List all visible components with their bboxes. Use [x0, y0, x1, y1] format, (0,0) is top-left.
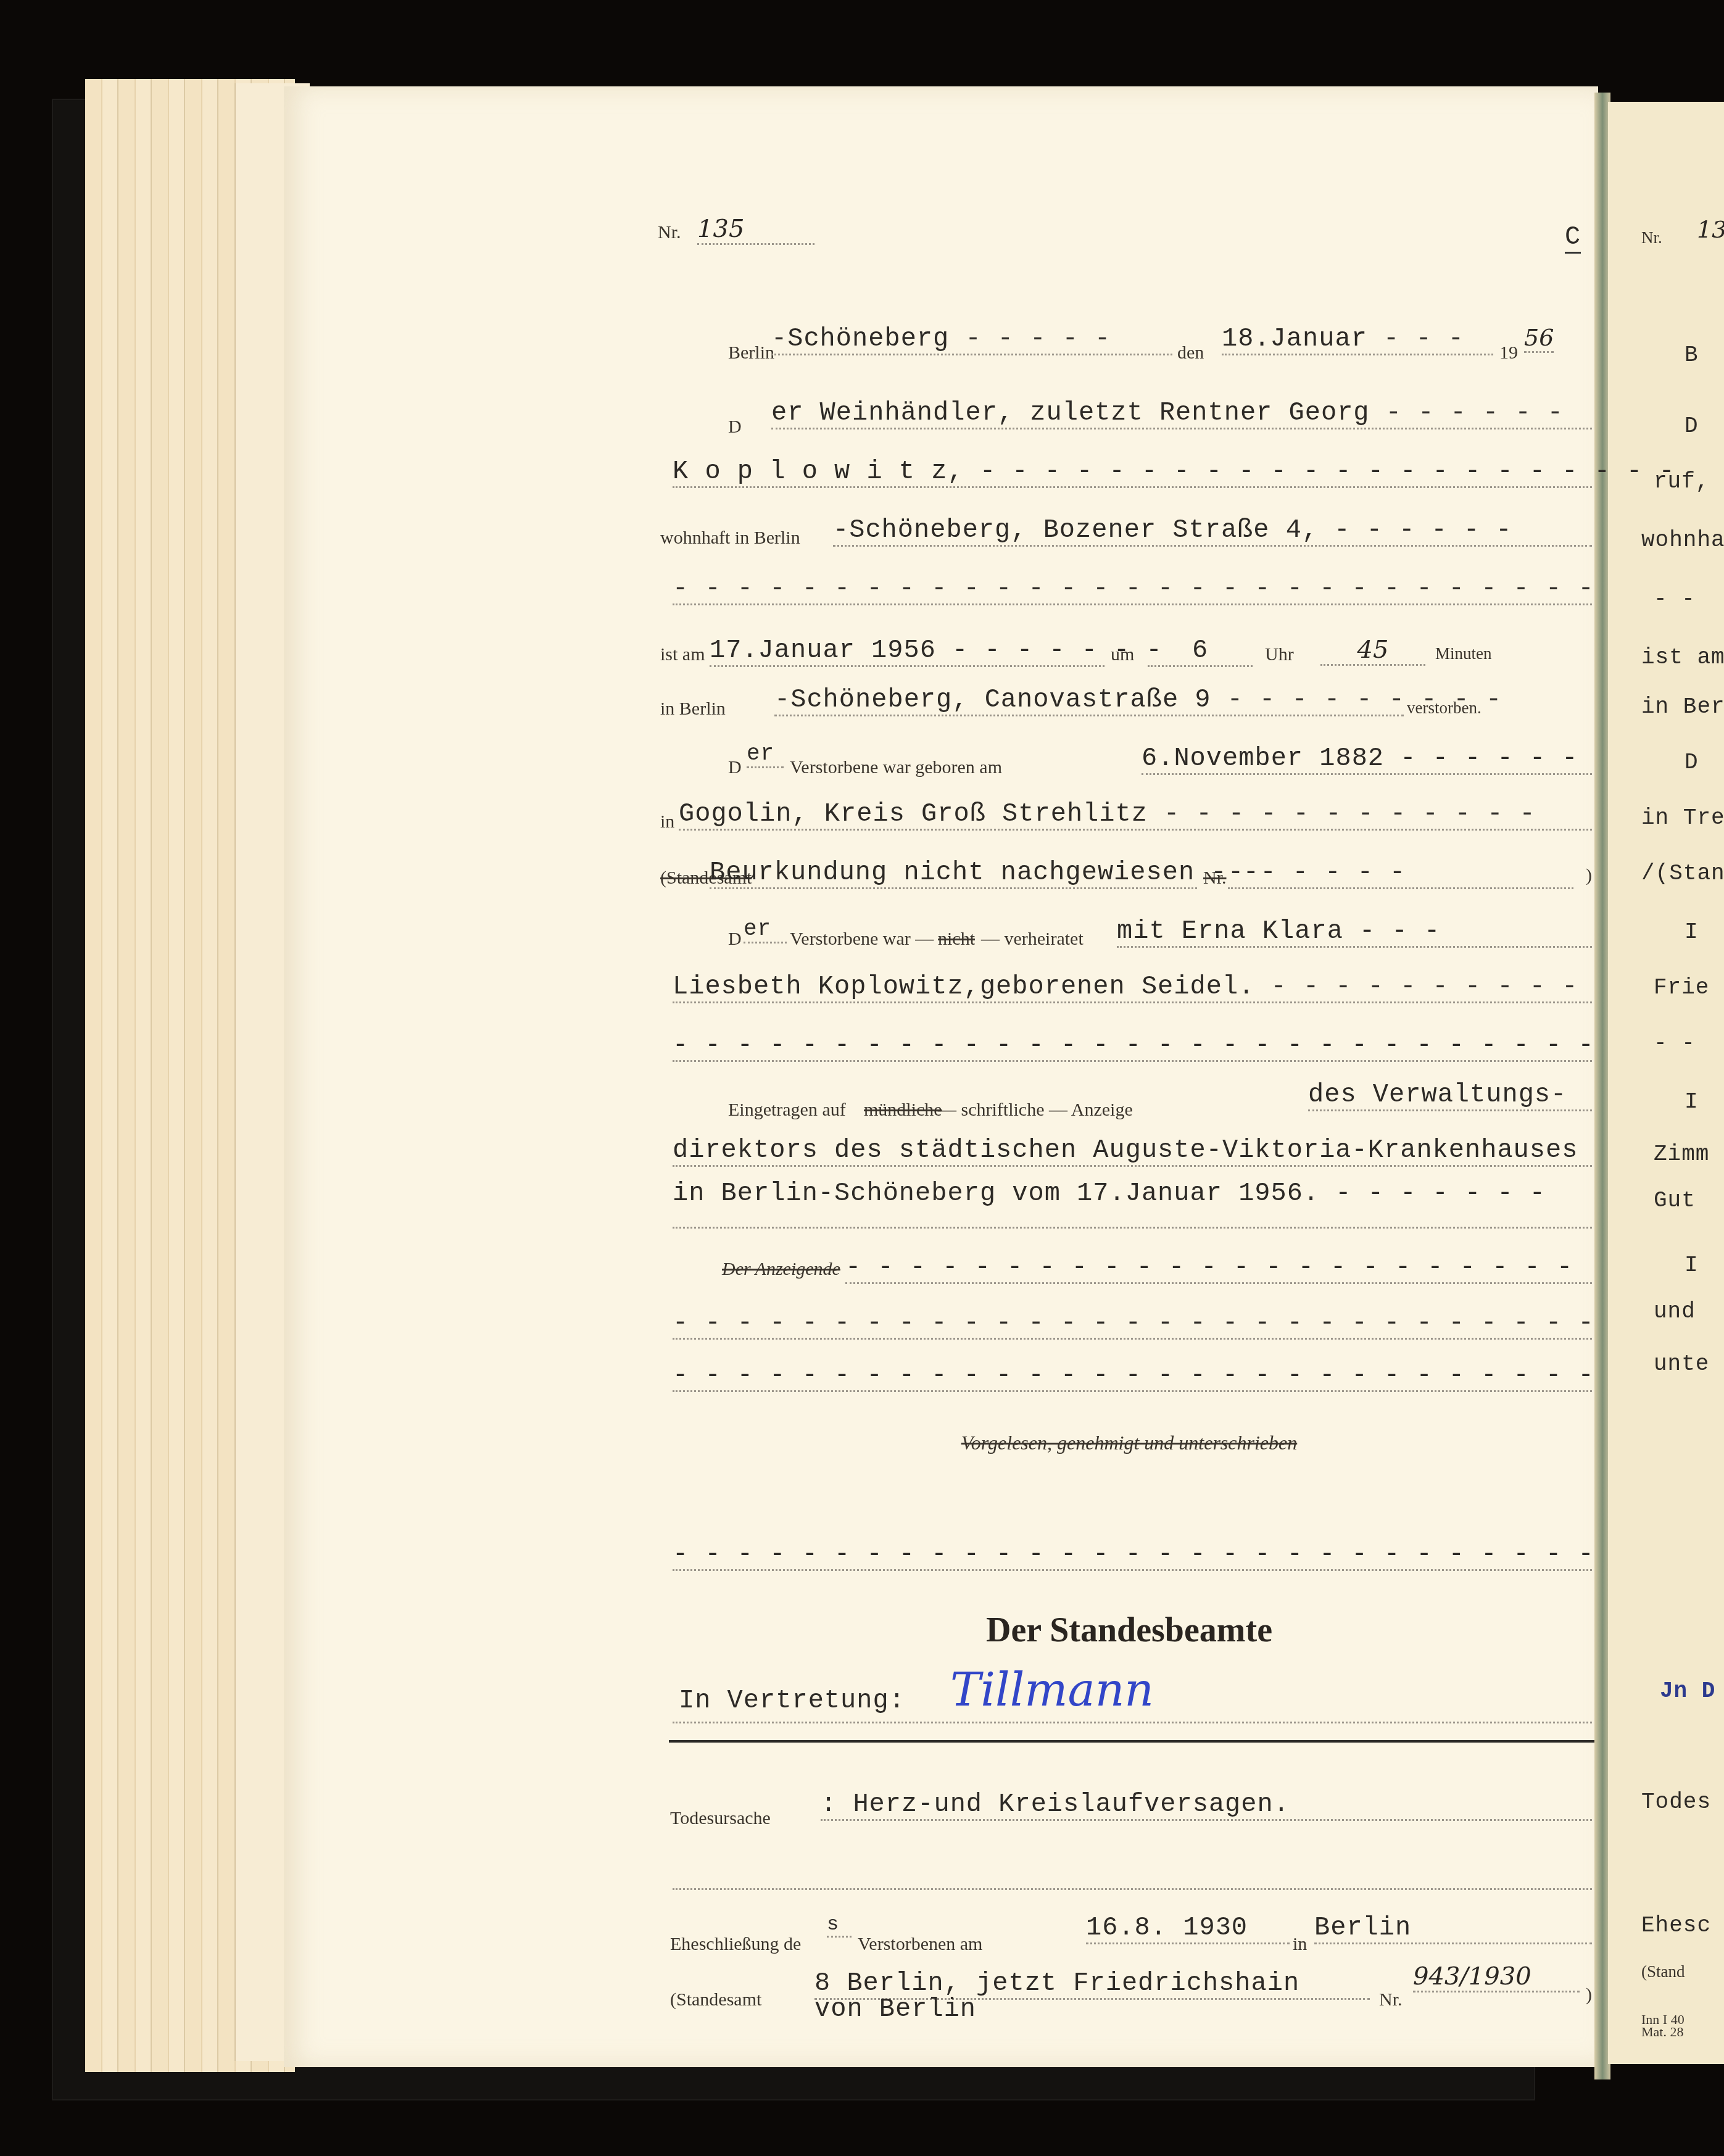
birth-registry: Beurkundung nicht nachgewiesen - - — [710, 858, 1197, 889]
entry-number-label: Nr. — [658, 222, 681, 243]
entry-number: 135 — [697, 215, 814, 245]
spouse-name: mit Erna Klara - - - — [1117, 916, 1592, 948]
facing-nr-label: Nr. — [1641, 228, 1662, 247]
facing-line: Mat. 28 — [1641, 2024, 1683, 2040]
year-suffix: 56 — [1524, 324, 1554, 353]
section-divider — [669, 1740, 1594, 1743]
facing-line: /(Stande — [1641, 861, 1724, 886]
registrar-title: Der Standesbeamte — [986, 1611, 1272, 1649]
minute-unit: Minuten — [1435, 644, 1492, 663]
registered-cont-1: direktors des städtischen Auguste-Viktor… — [673, 1135, 1592, 1167]
facing-line: Jn D — [1660, 1678, 1715, 1704]
blank-line-1: - - - - - - - - - - - - - - - - - - - - … — [673, 1030, 1592, 1062]
marriage-reg-date: 16.8. 1930 — [1086, 1913, 1290, 1944]
deputy-label: In Vertretung: — [679, 1686, 905, 1715]
facing-line: wohnhaf — [1641, 528, 1724, 553]
marriage-label-2: — verheiratet — [981, 929, 1084, 950]
birth-article: er — [747, 741, 784, 768]
registered-label: Eingetragen auf — [728, 1100, 846, 1121]
facing-line: I — [1685, 1089, 1699, 1114]
marriage-nr-label: Nr. — [1379, 1989, 1403, 2010]
birth-prefix: D — [728, 757, 742, 778]
marriage-reg-in: in — [1293, 1934, 1307, 1955]
birthplace: Gogolin, Kreis Groß Strehlitz - - - - - … — [679, 799, 1592, 831]
marriage-nr-value: 943/1930 — [1413, 1962, 1580, 1992]
marriage-reg-label-2: Verstorbenen am — [858, 1934, 982, 1955]
facing-line: D — [1685, 750, 1699, 775]
facing-line: und — [1654, 1299, 1696, 1324]
facing-nr-value: 13 — [1697, 216, 1724, 243]
corner-mark: C — [1565, 222, 1581, 254]
birth-label: Verstorbene war geboren am — [790, 757, 1002, 778]
registered-label-2: — schriftliche — Anzeige — [938, 1100, 1133, 1121]
year-prefix: 19 — [1499, 342, 1518, 363]
marriage-office-label: (Standesamt — [670, 1989, 761, 2010]
registered-value: des Verwaltungs- — [1308, 1080, 1592, 1111]
date-label: den — [1177, 342, 1204, 363]
birthplace-label: in — [660, 811, 674, 832]
birth-registry-nr-label: Nr. — [1203, 868, 1227, 889]
death-place: -Schöneberg, Canovastraße 9 - - - - - - … — [774, 685, 1404, 716]
birth-date: 6.November 1882 - - - - - - — [1142, 744, 1592, 775]
facing-line: D — [1685, 413, 1699, 439]
death-place-label: in Berlin — [660, 699, 726, 719]
facing-line: - - — [1654, 586, 1696, 612]
marriage-prefix: D — [728, 929, 742, 950]
facing-line: - - — [1654, 1030, 1696, 1056]
birth-registry-nr: - - - - - - — [1228, 858, 1573, 889]
blank-line-2: - - - - - - - - - - - - - - - - - - - - … — [673, 1308, 1592, 1340]
facing-line: B — [1685, 342, 1699, 368]
death-place-suffix: verstorben. — [1407, 699, 1482, 718]
cause-label: Todesursache — [670, 1808, 771, 1829]
marriage-struck-word: nicht — [938, 929, 975, 950]
hour-value: 6 — [1148, 636, 1253, 667]
hour-unit: Uhr — [1265, 644, 1294, 665]
facing-line: (Stand — [1641, 1962, 1685, 1981]
facing-line: Gut — [1654, 1188, 1696, 1213]
blank-line-4: - - - - - - - - - - - - - - - - - - - - … — [673, 1540, 1592, 1571]
closing-paren: ) — [1586, 865, 1592, 886]
minute-value: 45 — [1320, 636, 1425, 666]
facing-line: unte — [1654, 1351, 1709, 1377]
marriage-office-cont: von Berlin — [814, 1994, 976, 2024]
registered-struck-word: mündliche — [864, 1100, 942, 1121]
read-approved-row: Vorgelesen, genehmigt und unterschrieben — [660, 1432, 1598, 1454]
facing-line: Frie — [1654, 975, 1709, 1000]
spouse-full: Liesbeth Koplowitz,geborenen Seidel. - -… — [673, 972, 1592, 1003]
marriage-article: er — [744, 916, 787, 943]
registered-cont-2: in Berlin-Schöneberg vom 17.Januar 1956.… — [673, 1179, 1592, 1229]
marriage-reg-label: Eheschließung de — [670, 1934, 801, 1955]
residence-cont: - - - - - - - - - - - - - - - - - - - - … — [673, 574, 1592, 605]
read-approved-struck: Vorgelesen, genehmigt und unterschrieben — [961, 1432, 1297, 1454]
facing-line: Zimm — [1654, 1142, 1709, 1167]
place-value: -Schöneberg - - - - - — [771, 324, 1172, 355]
register-page — [284, 86, 1598, 2067]
facing-line: in Berlin — [1641, 694, 1724, 719]
facing-line: I — [1685, 919, 1699, 945]
marriage-reg-place: Berlin — [1314, 1913, 1592, 1944]
marriage-label: Verstorbene war — — [790, 929, 934, 950]
blank-line-3: - - - - - - - - - - - - - - - - - - - - … — [673, 1361, 1592, 1392]
facing-page-text: Nr. 13 BDruf,wohnhaf- -ist amin BerlinDi… — [1641, 0, 1724, 2156]
date-value: 18.Januar - - - — [1222, 324, 1493, 355]
residence-value: -Schöneberg, Bozener Straße 4, - - - - -… — [833, 515, 1592, 547]
article-prefix: D — [728, 417, 742, 437]
death-date: 17.Januar 1956 - - - - - - - — [710, 636, 1104, 667]
residence-label: wohnhaft in Berlin — [660, 528, 800, 549]
facing-line: ist am — [1641, 645, 1724, 670]
death-date-label: ist am — [660, 644, 705, 665]
informant-struck: Der Anzeigende — [722, 1259, 840, 1280]
signature-dotted-line — [673, 1722, 1592, 1723]
marriage-reg-sup: s — [827, 1913, 852, 1938]
surname: K o p l o w i t z, - - - - - - - - - - -… — [673, 457, 1592, 488]
registrar-signature: Tillmann — [950, 1664, 1154, 1717]
cause-blank-line — [673, 1888, 1592, 1890]
occupation-name: er Weinhändler, zuletzt Rentner Georg - … — [771, 398, 1592, 429]
facing-line: Todes — [1641, 1789, 1711, 1815]
cause-value: : Herz-und Kreislaufversagen. — [821, 1789, 1592, 1821]
facing-line: I — [1685, 1253, 1699, 1278]
facing-line: ruf, — [1654, 469, 1709, 494]
closing-paren-2: ) — [1586, 1984, 1592, 2005]
hour-label: um — [1111, 644, 1134, 665]
facing-line: in Tre — [1641, 805, 1724, 831]
facing-line: Ehesc — [1641, 1913, 1711, 1938]
registrar-row: Der Standesbeamte — [660, 1611, 1598, 1650]
place-label: Berlin — [728, 342, 774, 363]
informant-value: - - - - - - - - - - - - - - - - - - - - … — [845, 1253, 1592, 1284]
